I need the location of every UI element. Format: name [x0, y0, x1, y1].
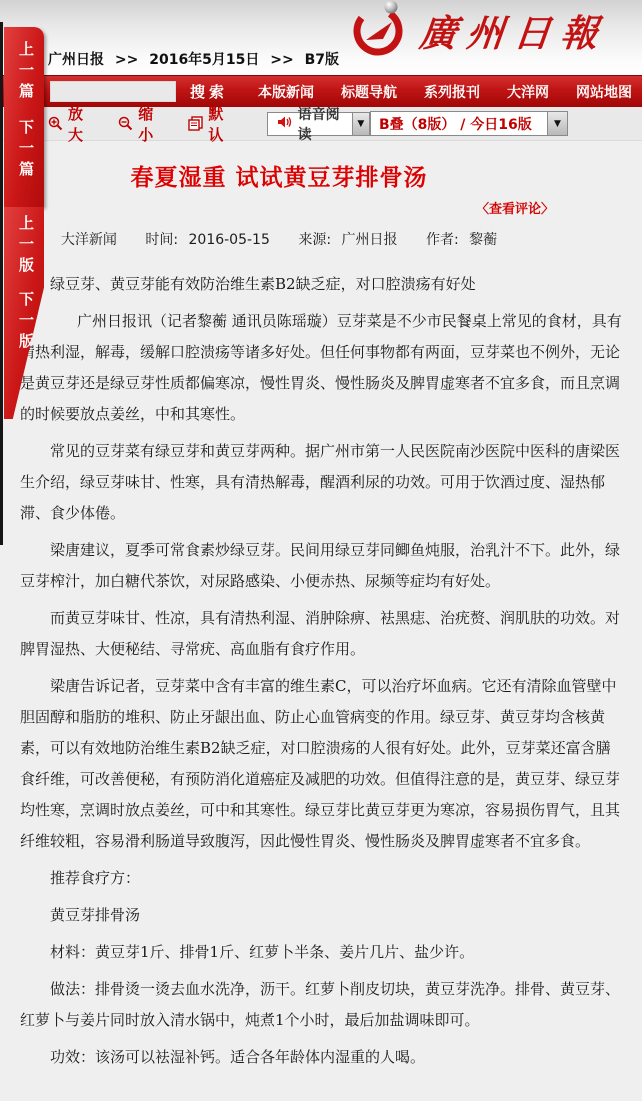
site-logo[interactable]: 廣州日報: [336, 2, 636, 58]
page: 廣州日報 广州日报 >> 2016年5月15日 >> B7版 搜索 本版新闻 标…: [0, 0, 642, 1101]
voice-reading-button[interactable]: 语音阅读: [267, 112, 353, 136]
article-header: 春夏湿重 试试黄豆芽排骨汤: [20, 159, 622, 192]
paragraph: 梁唐建议，夏季可常食素炒绿豆芽。民间用绿豆芽同鲫鱼炖服，治乳汁不下。此外，绿豆芽…: [20, 535, 622, 597]
paragraph-recipe-name: 黄豆芽排骨汤: [20, 900, 622, 931]
zoom-out-button[interactable]: 缩小: [118, 103, 162, 145]
voice-reading-label: 语音阅读: [298, 104, 343, 144]
meta-origin-value: 广州日报: [342, 232, 398, 248]
chevron-down-icon: ▼: [554, 119, 561, 129]
paragraph-recipe-heading: 推荐食疗方：: [20, 863, 622, 894]
breadcrumb-site[interactable]: 广州日报: [48, 52, 104, 68]
top-nav: 本版新闻 标题导航 系列报刊 大洋网 网站地图: [258, 82, 632, 102]
paragraph-lead: 绿豆芽、黄豆芽能有效防治维生素B2缺乏症，对口腔溃疡有好处: [20, 269, 622, 300]
search-input[interactable]: [50, 81, 176, 102]
comments-row: 〈查看评论〉: [20, 198, 622, 217]
edition-dropdown-button[interactable]: ▼: [548, 111, 568, 136]
default-size-button[interactable]: 默认: [188, 103, 232, 145]
edition-select[interactable]: B叠（8版） / 今日16版 ▼: [370, 111, 568, 136]
paragraph-ingredients: 材料：黄豆芽1斤、排骨1斤、红萝卜半条、姜片几片、盐少许。: [20, 937, 622, 968]
paragraph: 广州日报讯（记者黎蘅 通讯员陈瑶璇）豆芽菜是不少市民餐桌上常见的食材，具有清热利…: [20, 306, 622, 430]
magnifier-minus-icon: [118, 116, 133, 131]
toolbar: 放大 缩小 默认: [0, 107, 642, 141]
paragraph: 常见的豆芽菜有绿豆芽和黄豆芽两种。据广州市第一人民医院南沙医院中医科的唐梁医生介…: [20, 436, 622, 529]
article-title: 春夏湿重 试试黄豆芽排骨汤: [20, 159, 538, 192]
prev-page-link[interactable]: 上一版: [16, 215, 37, 278]
view-comments-link[interactable]: 〈查看评论〉: [476, 202, 554, 217]
article-body: 绿豆芽、黄豆芽能有效防治维生素B2缺乏症，对口腔溃疡有好处 广州日报讯（记者黎蘅…: [20, 269, 622, 1073]
voice-reading-control: 语音阅读 ▼: [267, 112, 370, 136]
next-article-link[interactable]: 下一篇: [16, 119, 37, 182]
nav-link-current-news[interactable]: 本版新闻: [258, 82, 314, 102]
paragraph-effect: 功效：该汤可以袪湿补钙。适合各年龄体内湿重的人喝。: [20, 1042, 622, 1073]
zoom-in-label: 放大: [68, 103, 92, 145]
document-icon: [188, 116, 203, 131]
speaker-icon: [277, 115, 293, 133]
breadcrumb-separator: >>: [115, 52, 138, 68]
nav-link-sitemap[interactable]: 网站地图: [576, 82, 632, 102]
paragraph-method: 做法：排骨烫一烫去血水洗净，沥干。红萝卜削皮切块，黄豆芽洗净。排骨、黄豆芽、红萝…: [20, 974, 622, 1036]
breadcrumb-edition[interactable]: B7版: [305, 52, 339, 68]
nav-link-series-papers[interactable]: 系列报刊: [424, 82, 480, 102]
article-meta: 大洋新闻 时间: 2016-05-15 来源: 广州日报 作者: 黎蘅: [20, 229, 622, 249]
meta-author-label: 作者:: [426, 232, 459, 248]
breadcrumb-date[interactable]: 2016年5月15日: [149, 52, 259, 68]
site-header: 廣州日報 广州日报 >> 2016年5月15日 >> B7版: [0, 0, 642, 75]
search-nav-bar: 搜索 本版新闻 标题导航 系列报刊 大洋网 网站地图: [0, 75, 642, 107]
search-button[interactable]: 搜索: [190, 81, 228, 102]
voice-dropdown-button[interactable]: ▼: [353, 112, 370, 136]
logo-text: 廣州日報: [417, 3, 611, 57]
logo-swoosh-icon: [336, 0, 420, 60]
breadcrumb: 广州日报 >> 2016年5月15日 >> B7版: [48, 49, 345, 69]
paragraph: 梁唐告诉记者，豆芽菜中含有丰富的维生素C，可以治疗坏血病。它还有清除血管壁中胆固…: [20, 671, 622, 857]
chevron-down-icon: ▼: [357, 119, 364, 129]
breadcrumb-separator: >>: [270, 52, 293, 68]
meta-time-label: 时间:: [145, 232, 178, 248]
edition-select-value: B叠（8版） / 今日16版: [370, 111, 548, 136]
nav-link-dayoo[interactable]: 大洋网: [507, 82, 549, 102]
default-size-label: 默认: [208, 103, 232, 145]
meta-time-value: 2016-05-15: [189, 232, 270, 248]
nav-link-headline-nav[interactable]: 标题导航: [341, 82, 397, 102]
sidebar-article-nav: 上一篇 下一篇: [4, 27, 44, 207]
meta-origin-label: 来源:: [298, 232, 331, 248]
magnifier-plus-icon: [48, 116, 63, 131]
zoom-in-button[interactable]: 放大: [48, 103, 92, 145]
paragraph: 而黄豆芽味甘、性凉，具有清热利湿、消肿除痹、袪黑痣、治疣赘、润肌肤的功效。对脾胃…: [20, 603, 622, 665]
meta-author-value: 黎蘅: [469, 232, 497, 248]
sidebar-divider: [0, 22, 3, 545]
article-container: 春夏湿重 试试黄豆芽排骨汤 〈查看评论〉 大洋新闻 时间: 2016-05-15…: [0, 141, 642, 1073]
meta-source: 大洋新闻: [61, 232, 117, 248]
zoom-out-label: 缩小: [138, 103, 162, 145]
prev-article-link[interactable]: 上一篇: [16, 41, 37, 104]
